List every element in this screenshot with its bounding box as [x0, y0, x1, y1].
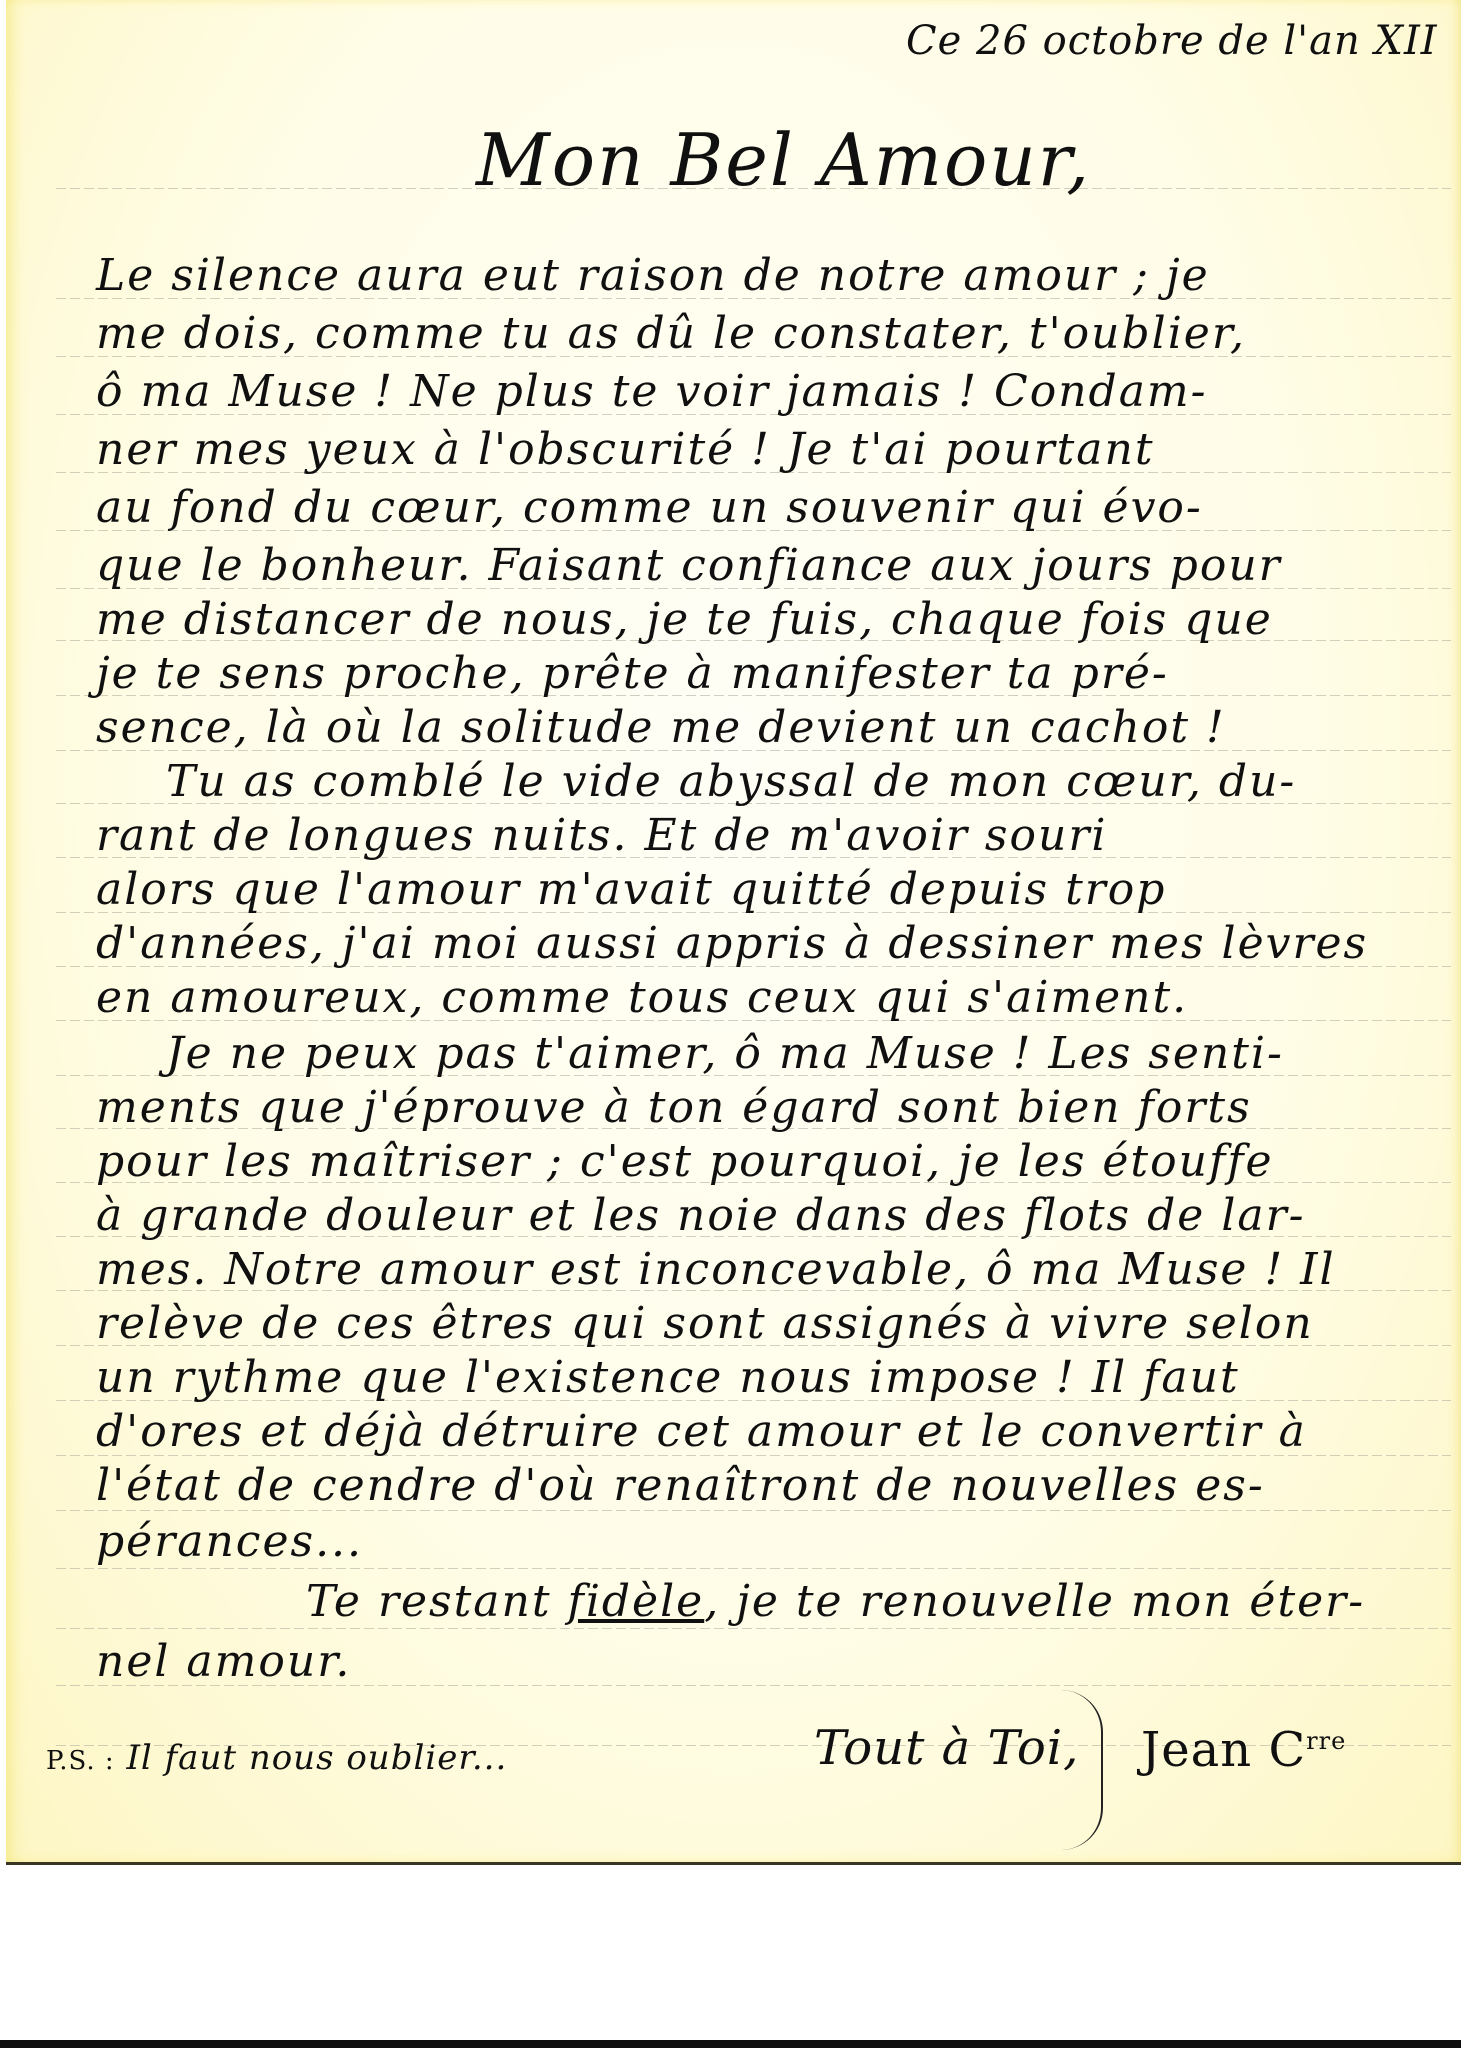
letter-line: Le silence aura eut raison de notre amou… [96, 250, 1210, 301]
letter-line: alors que l'amour m'avait quitté depuis … [96, 864, 1166, 915]
letter-line: ments que j'éprouve à ton égard sont bie… [96, 1082, 1252, 1133]
letter-line: relève de ces êtres qui sont assignés à … [96, 1298, 1314, 1349]
letter-line: Je ne peux pas t'aimer, ô ma Muse ! Les … [166, 1028, 1284, 1079]
closing-bracket-flourish [1061, 1690, 1103, 1850]
letter-line: rant de longues nuits. Et de m'avoir sou… [96, 810, 1107, 861]
letter-line: Tu as comblé le vide abyssal de mon cœur… [166, 756, 1296, 807]
letter-paper: Ce 26 octobre de l'an XII Mon Bel Amour,… [6, 0, 1461, 1865]
letter-line: à grande douleur et les noie dans des fl… [96, 1190, 1306, 1241]
letter-line: pérances... [96, 1516, 363, 1567]
letter-line: je te sens proche, prête à manifester ta… [96, 648, 1169, 699]
letter-salutation: Mon Bel Amour, [476, 118, 1091, 202]
postscript-label: P.S. : [46, 1746, 115, 1776]
signature: Jean Crre [1141, 1722, 1346, 1778]
letter-line: me distancer de nous, je te fuis, chaque… [96, 594, 1273, 645]
letter-line: en amoureux, comme tous ceux qui s'aimen… [96, 972, 1188, 1023]
letter-line: nel amour. [96, 1636, 351, 1687]
letter-line: que le bonheur. Faisant confiance aux jo… [96, 540, 1282, 591]
letter-line: d'années, j'ai moi aussi appris à dessin… [96, 918, 1368, 969]
letter-line: ô ma Muse ! Ne plus te voir jamais ! Con… [96, 366, 1208, 417]
postscript-text: Il faut nous oublier... [126, 1738, 507, 1778]
letter-line: l'état de cendre d'où renaîtront de nouv… [96, 1460, 1265, 1511]
scan-bottom-edge [0, 2040, 1461, 2048]
letter-line: Te restant fidèle, je te renouvelle mon … [306, 1576, 1365, 1627]
letter-line: au fond du cœur, comme un souvenir qui é… [96, 482, 1203, 533]
underlined-word: fidèle [568, 1576, 705, 1627]
ruled-line [56, 1628, 1451, 1629]
letter-line: me dois, comme tu as dû le constater, t'… [96, 308, 1246, 359]
letter-date: Ce 26 octobre de l'an XII [906, 18, 1438, 64]
letter-line: d'ores et déjà détruire cet amour et le … [96, 1406, 1307, 1457]
signature-superscript: rre [1306, 1727, 1346, 1755]
letter-closing: Tout à Toi, [814, 1720, 1079, 1776]
ruled-line [56, 1568, 1451, 1569]
postscript: P.S. : Il faut nous oublier... [46, 1738, 507, 1778]
letter-line: un rythme que l'existence nous impose ! … [96, 1352, 1240, 1403]
signature-name: Jean C [1141, 1722, 1306, 1778]
letter-line: mes. Notre amour est inconcevable, ô ma … [96, 1244, 1336, 1295]
letter-line: sence, là où la solitude me devient un c… [96, 702, 1226, 753]
letter-line: pour les maîtriser ; c'est pourquoi, je … [96, 1136, 1274, 1187]
letter-line: ner mes yeux à l'obscurité ! Je t'ai pou… [96, 424, 1155, 475]
